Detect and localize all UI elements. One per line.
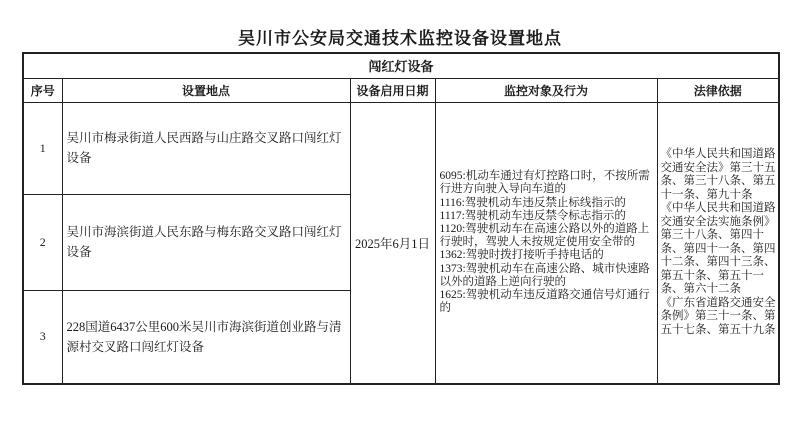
row-number: 1 bbox=[23, 102, 62, 194]
row-number: 3 bbox=[23, 290, 62, 384]
table-header-row: 序号 设置地点 设备启用日期 监控对象及行为 法律依据 bbox=[23, 78, 779, 102]
location-cell: 228国道6437公里600米吴川市海滨街道创业路与清源村交叉路口闯红灯设备 bbox=[62, 290, 350, 384]
page-title: 吴川市公安局交通技术监控设备设置地点 bbox=[0, 24, 800, 49]
col-header-serial-number: 序号 bbox=[23, 78, 62, 102]
location-cell: 吴川市梅录街道人民西路与山庄路交叉路口闯红灯设备 bbox=[62, 102, 350, 194]
col-header-location: 设置地点 bbox=[62, 78, 350, 102]
table-banner-row: 闯红灯设备 bbox=[23, 53, 779, 78]
location-cell: 吴川市海滨街道人民东路与梅东路交叉路口闯红灯设备 bbox=[62, 194, 350, 290]
monitoring-behaviors-cell: 6095:机动车通过有灯控路口时，不按所需行进方向驶入导向车道的 1116:驾驶… bbox=[435, 102, 657, 384]
start-date-cell: 2025年6月1日 bbox=[350, 102, 435, 384]
col-header-monitored-behavior: 监控对象及行为 bbox=[435, 78, 657, 102]
monitoring-table: 闯红灯设备 序号 设置地点 设备启用日期 监控对象及行为 法律依据 1 吴川市梅… bbox=[22, 52, 780, 385]
col-header-legal-basis: 法律依据 bbox=[657, 78, 779, 102]
table-row: 1 吴川市梅录街道人民西路与山庄路交叉路口闯红灯设备 2025年6月1日 609… bbox=[23, 102, 779, 194]
table-banner: 闯红灯设备 bbox=[23, 53, 779, 78]
row-number: 2 bbox=[23, 194, 62, 290]
col-header-activation-date: 设备启用日期 bbox=[350, 78, 435, 102]
legal-basis-cell: 《中华人民共和国道路交通安全法》第三十五条、第三十八条、第五十一条、第九十条 《… bbox=[657, 102, 779, 384]
